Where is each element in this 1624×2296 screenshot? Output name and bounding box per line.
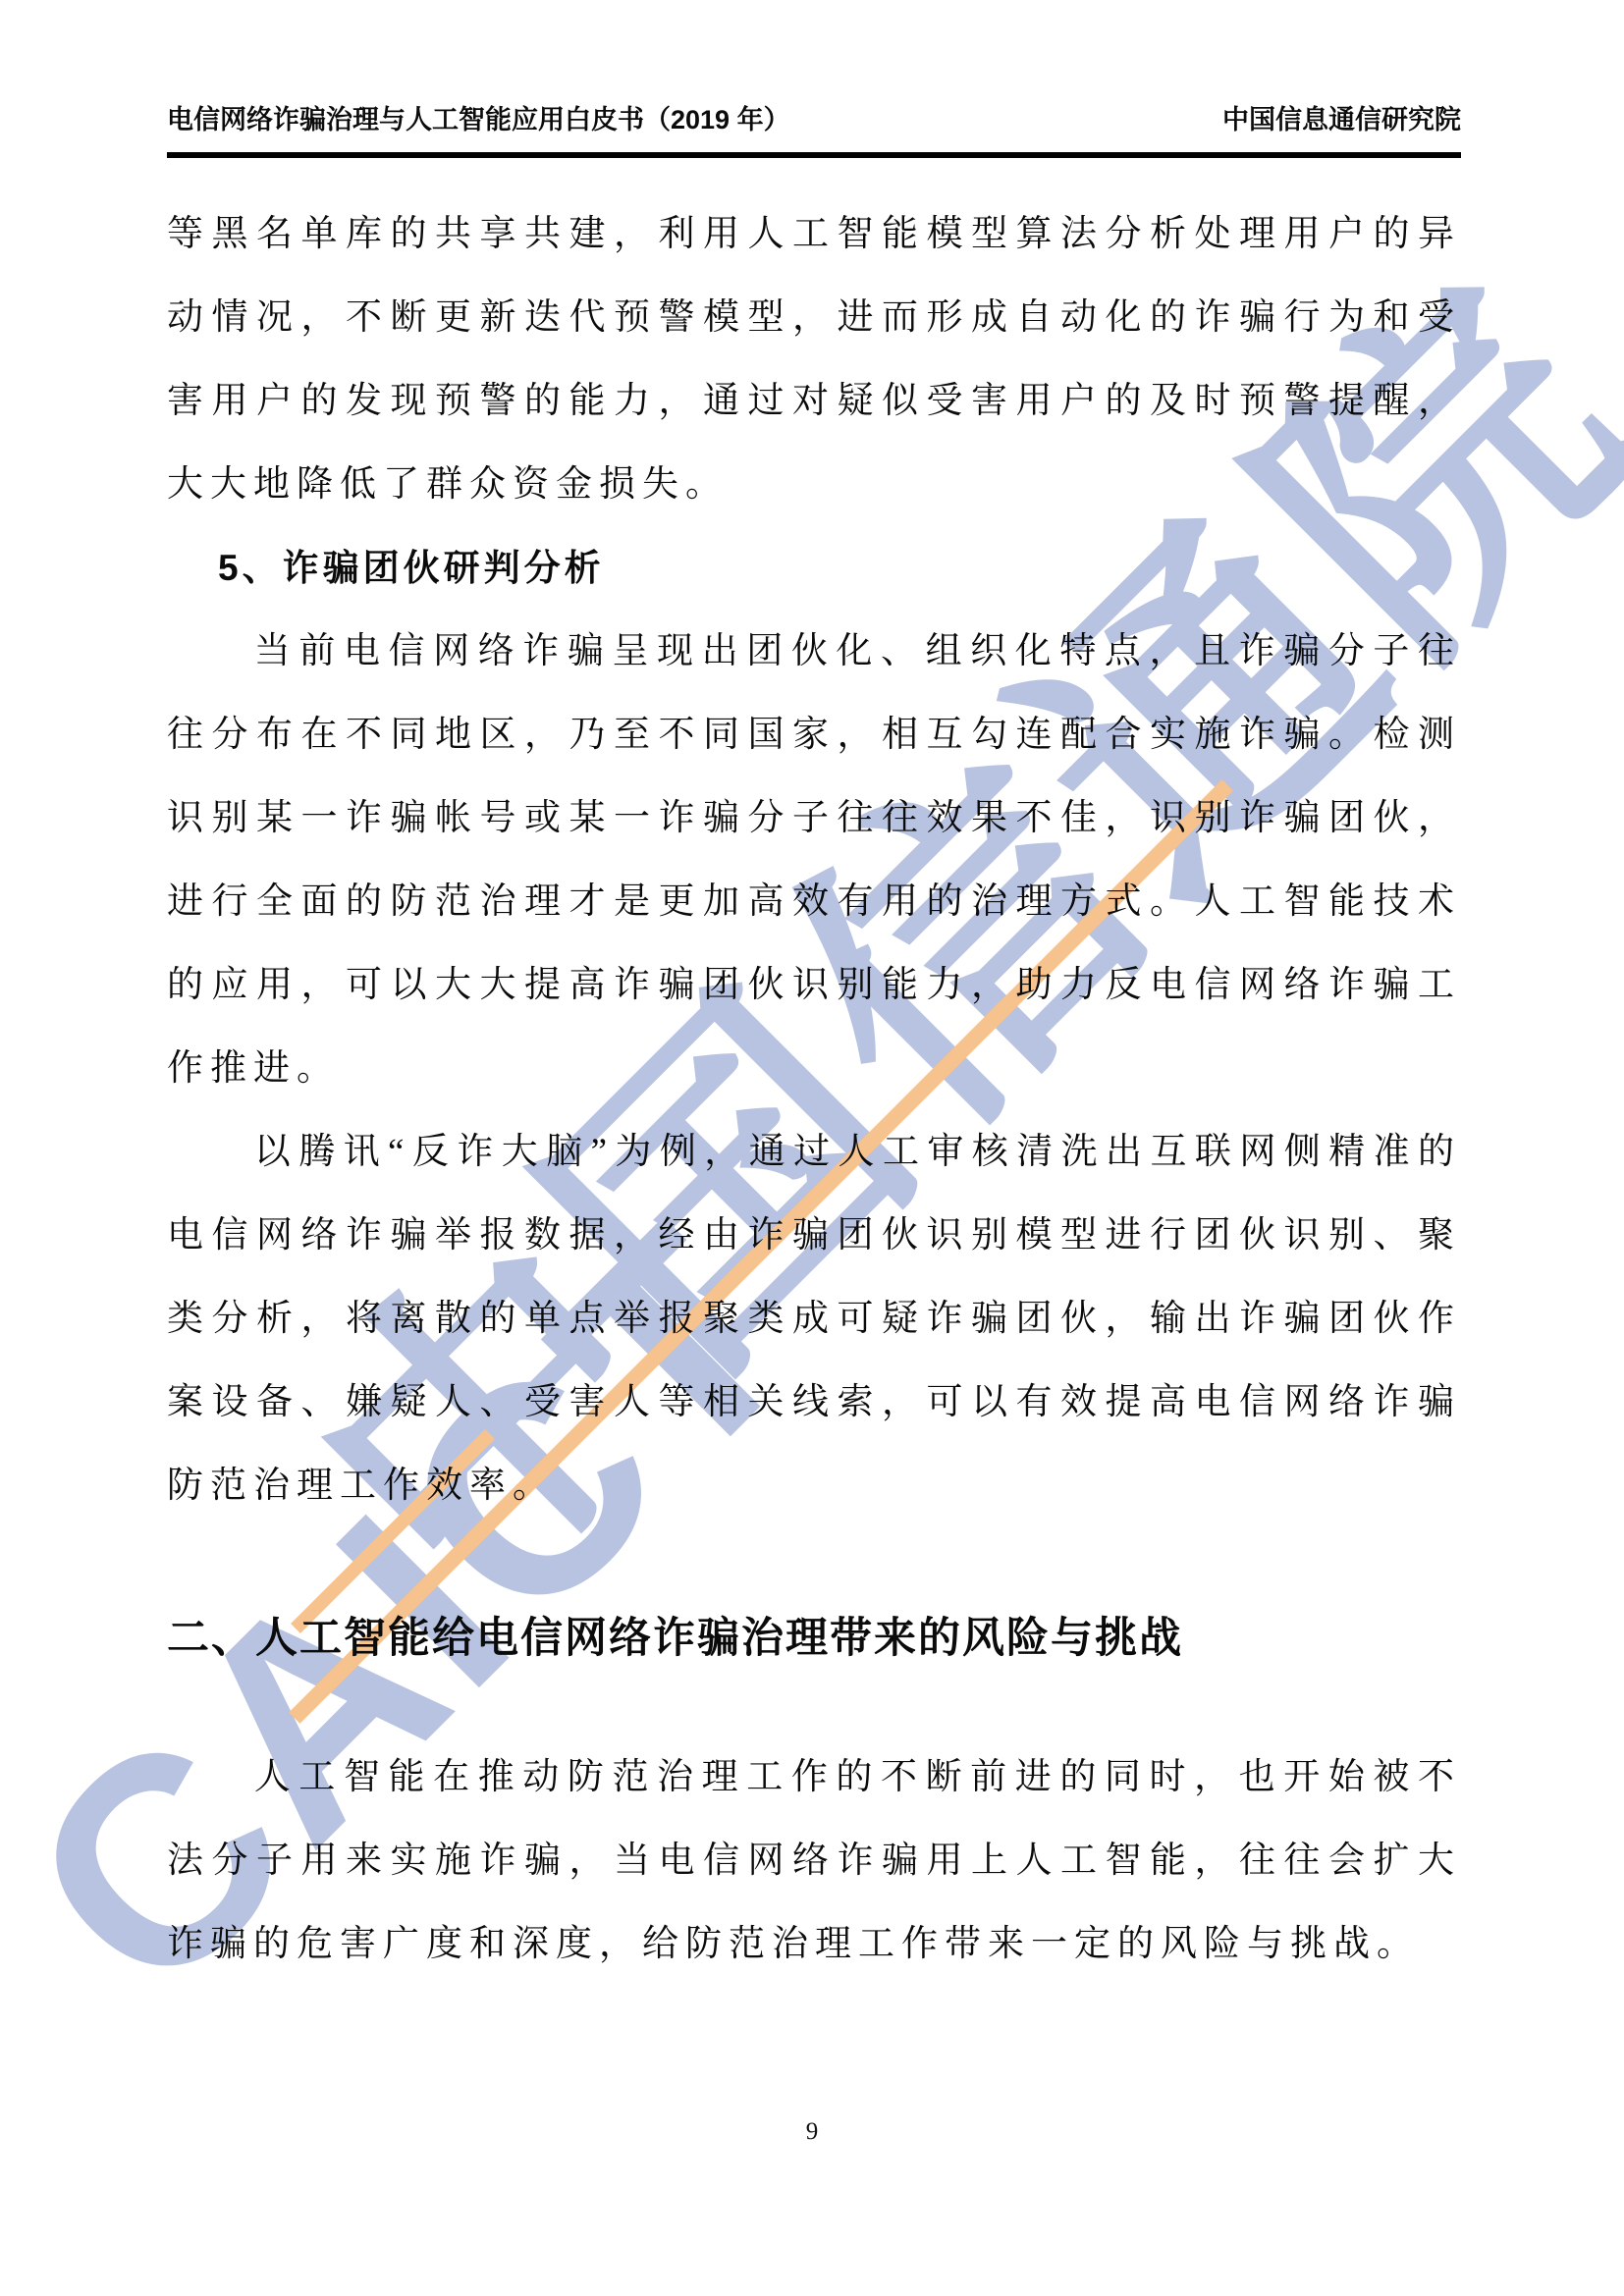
header-title-right: 中国信息通信研究院 xyxy=(1222,98,1461,136)
page-number: 9 xyxy=(0,2118,1624,2146)
paragraph-blacklist-sharing: 等黑名单库的共享共建，利用人工智能模型算法分析处理用户的异动情况，不断更新迭代预… xyxy=(167,192,1461,526)
paragraph-gang-characteristics: 当前电信网络诈骗呈现出团伙化、组织化特点，且诈骗分子往往分布在不同地区，乃至不同… xyxy=(167,610,1461,1110)
paragraph-ai-risks: 人工智能在推动防范治理工作的不断前进的同时，也开始被不法分子用来实施诈骗，当电信… xyxy=(167,1735,1461,1986)
subsection-heading-fraud-gang-analysis: 5、诈骗团伙研判分析 xyxy=(218,526,1461,610)
paragraph-tencent-antifraud-brain: 以腾讯“反诈大脑”为例，通过人工审核清洗出互联网侧精准的电信网络诈骗举报数据，经… xyxy=(167,1110,1461,1527)
section-heading-risks-challenges: 二、人工智能给电信网络诈骗治理带来的风险与挑战 xyxy=(167,1608,1461,1669)
page-content: 等黑名单库的共享共建，利用人工智能模型算法分析处理用户的异动情况，不断更新迭代预… xyxy=(167,192,1461,1986)
header-title-left: 电信网络诈骗治理与人工智能应用白皮书（2019 年） xyxy=(167,98,790,136)
page-header: 电信网络诈骗治理与人工智能应用白皮书（2019 年） 中国信息通信研究院 xyxy=(167,98,1461,158)
document-page: 中国信通院 CAICT 电信网络诈骗治理与人工智能应用白皮书（2019 年） 中… xyxy=(0,0,1624,2296)
